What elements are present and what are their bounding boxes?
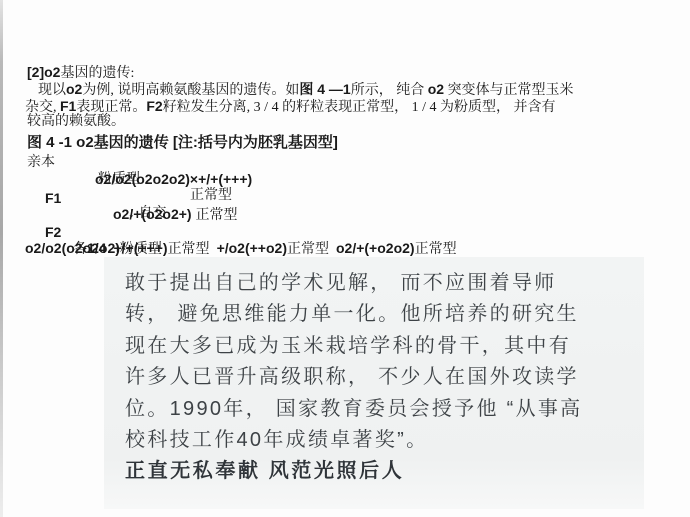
photo-line-2: 转， 避免思维能力单一化。他所培养的研究生 xyxy=(125,299,644,330)
photo-line-4: 许多人已晋升高级职称， 不少人在国外攻读学 xyxy=(125,362,644,393)
photo-line-5: 位。1990年， 国家教育委员会授予他 “从事高 xyxy=(125,394,644,425)
photo-line-1: 敢于提出自己的学术见解， 而不应围着导师 xyxy=(125,268,644,299)
photo-line-6: 校科技工作40年成绩卓著奖”。 xyxy=(125,425,644,456)
photo-line-3: 现在大多已成为玉米栽培学科的骨干，其中有 xyxy=(125,331,644,362)
f2-continued: o2/o2(o2o2o2)粉质型 xyxy=(25,240,162,258)
slide: [2]o2基因的遗传: 现以o2为例, 说明高赖氨酸基因的遗传。如图 4 —1所… xyxy=(0,0,690,517)
motto-line: 正直无私奉献 风范光照后人 xyxy=(125,456,644,487)
photo-text-panel: 敢于提出自己的学术见解， 而不应围着导师 转， 避免思维能力单一化。他所培养的研… xyxy=(104,257,644,509)
